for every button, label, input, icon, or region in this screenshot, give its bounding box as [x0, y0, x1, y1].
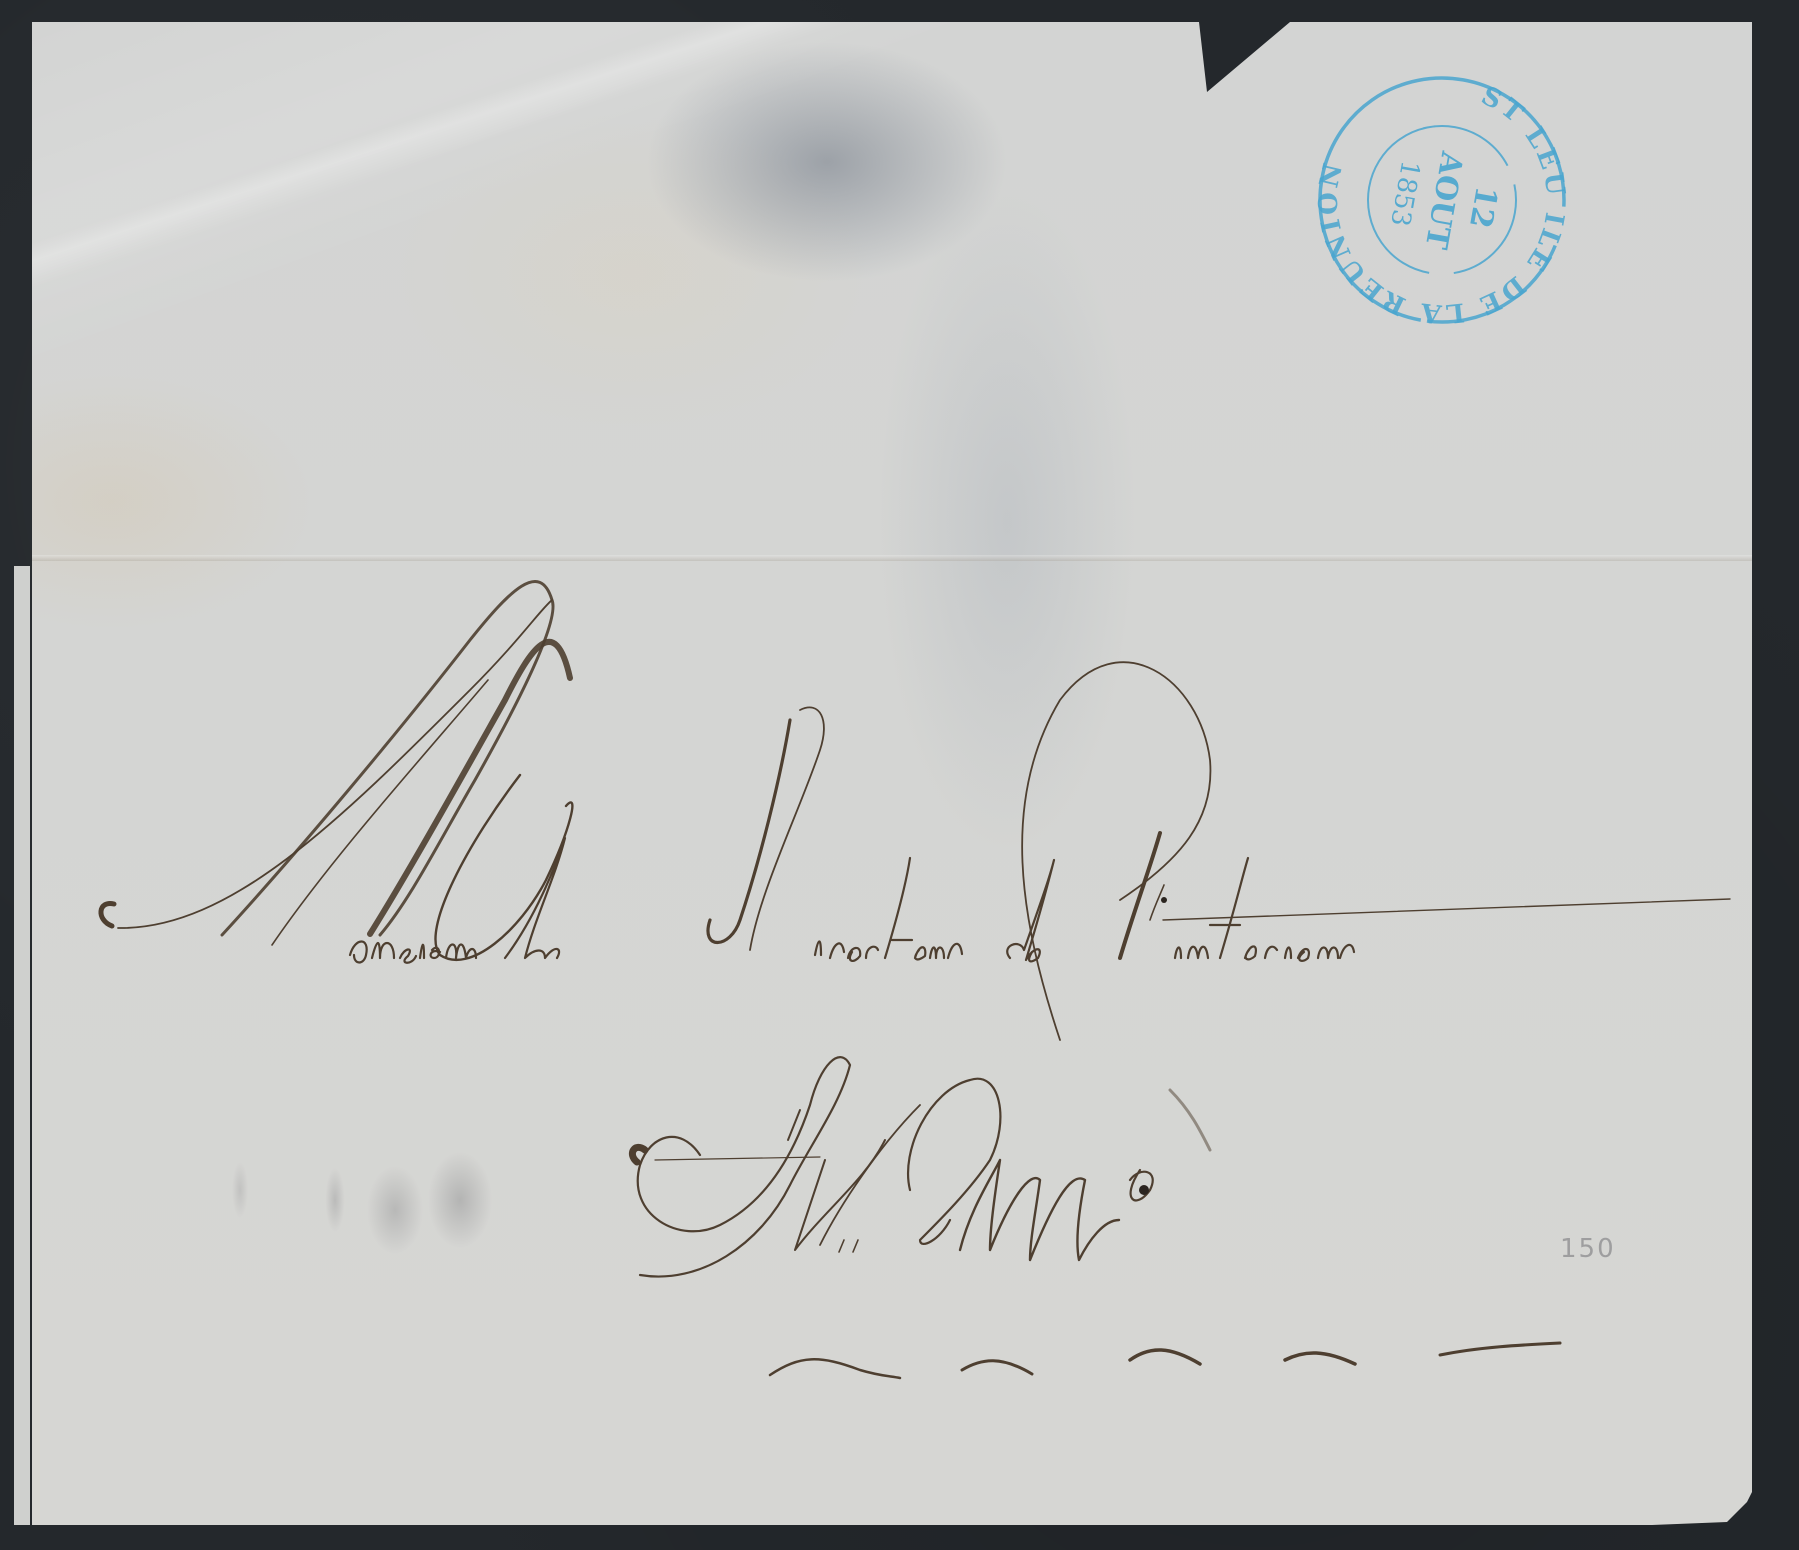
handwritten-address	[0, 0, 1799, 1550]
pencil-annotation: 150	[1560, 1234, 1616, 1264]
